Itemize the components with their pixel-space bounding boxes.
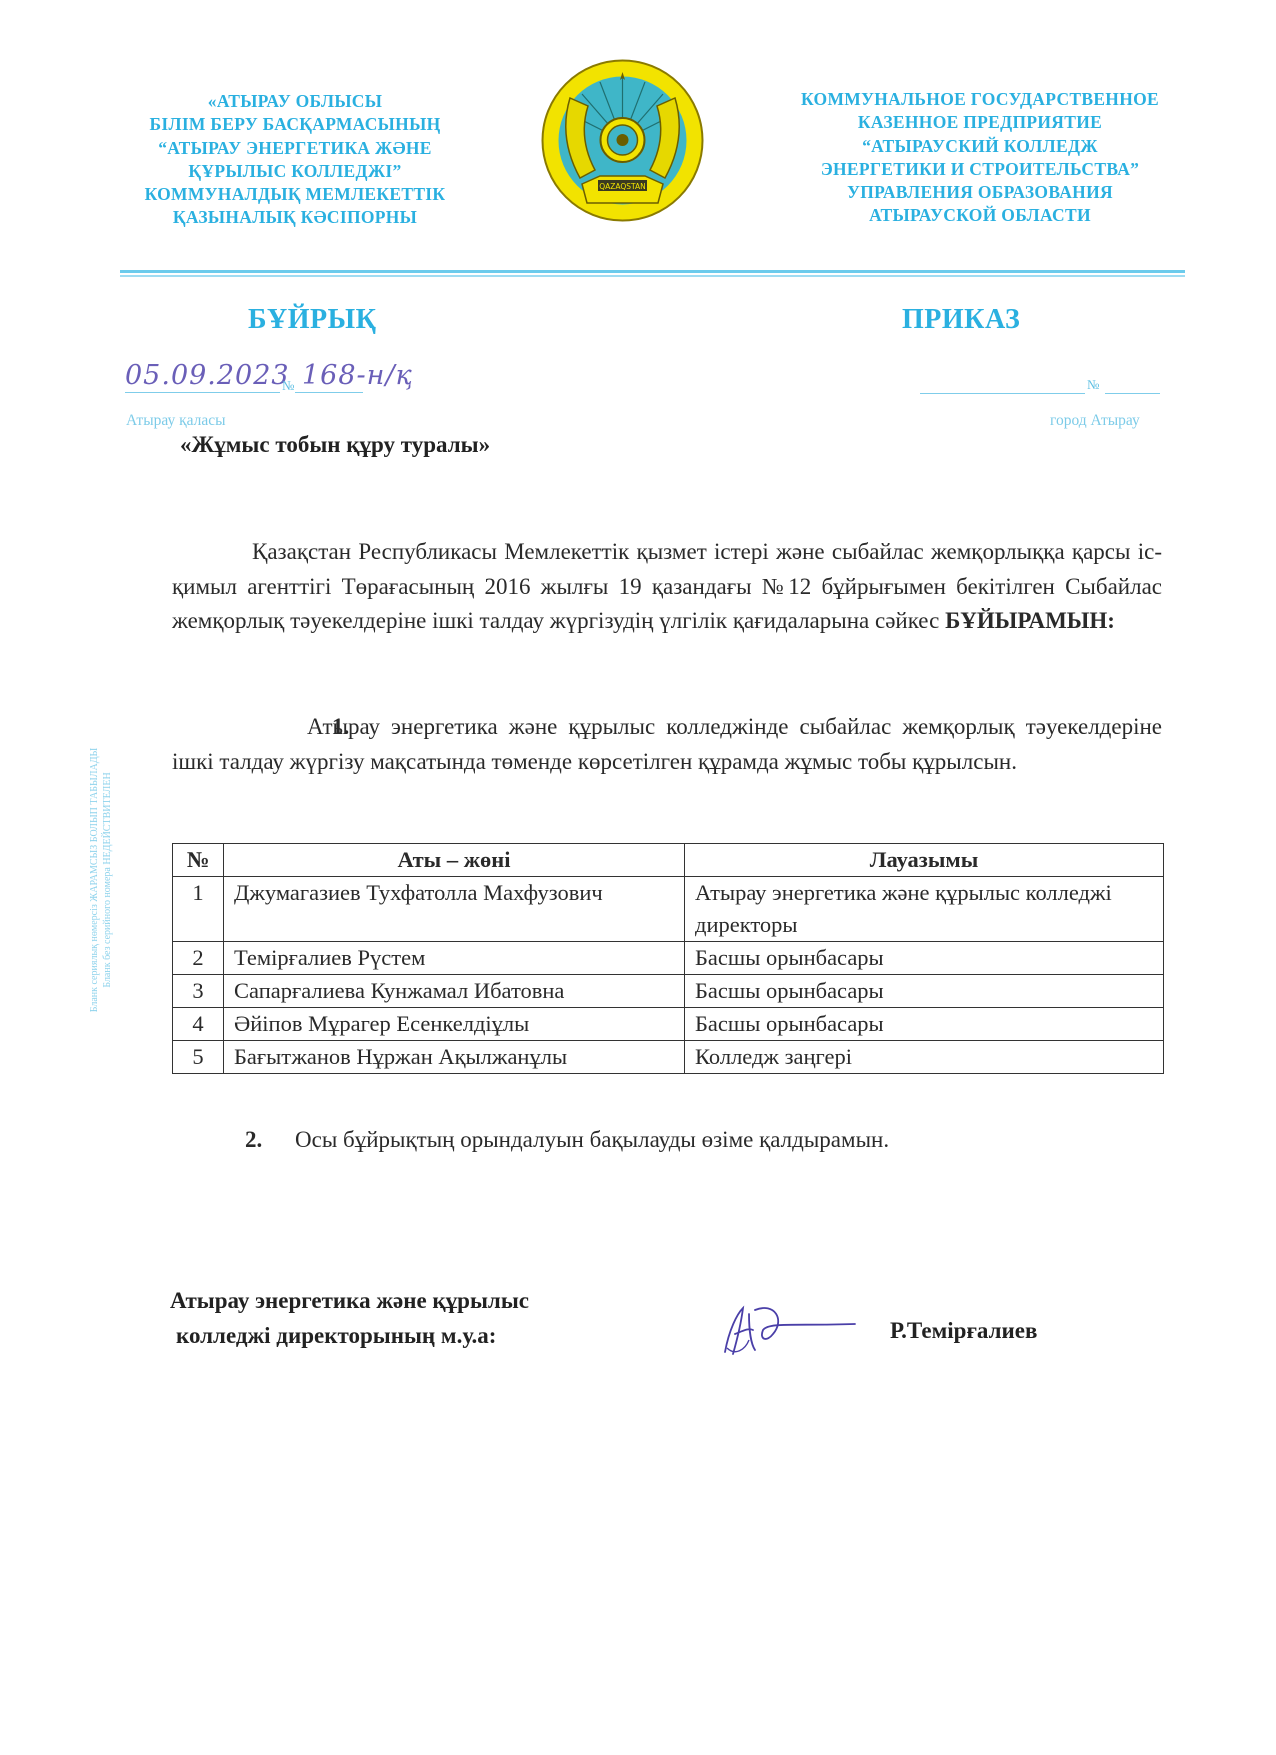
cell-name: Әйіпов Мұрагер Есенкелдіұлы (224, 1008, 685, 1041)
item-2-number: 2. (245, 1127, 295, 1153)
header-left-line: ҚАЗЫНАЛЫҚ КӘСІПОРНЫ (110, 206, 480, 229)
col-header-number: № (173, 844, 224, 877)
header-right-line: ЭНЕРГЕТИКИ И СТРОИТЕЛЬСТВА” (760, 158, 1200, 181)
signatory-position: Атырау энергетика және құрылыс колледжі … (170, 1283, 529, 1353)
order-date-number: 05.09.2023 № 168-н/қ (125, 358, 425, 398)
number-sign: № (282, 378, 294, 394)
handwritten-date: 05.09.2023 (125, 360, 290, 391)
header-left-line: КОММУНАЛДЫҚ МЕМЛЕКЕТТІК (110, 183, 480, 206)
header-right-line: КАЗЕННОЕ ПРЕДПРИЯТИЕ (760, 111, 1200, 134)
cell-number: 3 (173, 975, 224, 1008)
city-russian: город Атырау (1050, 412, 1140, 430)
header-left-line: БІЛІМ БЕРУ БАСҚАРМАСЫНЫҢ (110, 113, 480, 136)
table-row: 3 Сапарғалиева Кунжамал Ибатовна Басшы о… (173, 975, 1164, 1008)
cell-number: 2 (173, 942, 224, 975)
item-1-text: Атырау энергетика және құрылыс колледжін… (172, 714, 1162, 774)
document-kind-kazakh: БҰЙРЫҚ (248, 304, 376, 336)
cell-position: Колледж заңгері (685, 1041, 1164, 1074)
preamble-paragraph: Қазақстан Республикасы Мемлекеттік қызме… (172, 535, 1162, 639)
city-kazakh: Атырау қаласы (126, 412, 226, 430)
cell-position: Басшы орынбасары (685, 1008, 1164, 1041)
cell-name: Сапарғалиева Кунжамал Ибатовна (224, 975, 685, 1008)
col-header-position: Лауазымы (685, 844, 1164, 877)
order-item-1: 1.Атырау энергетика және құрылыс колледж… (172, 710, 1162, 779)
header-russian-organization: КОММУНАЛЬНОЕ ГОСУДАРСТВЕННОЕ КАЗЕННОЕ ПР… (760, 88, 1200, 228)
order-date-number-russian: № (920, 375, 1160, 399)
svg-text:QAZAQSTAN: QAZAQSTAN (599, 182, 646, 191)
cell-name: Темірғалиев Рүстем (224, 942, 685, 975)
table-header-row: № Аты – жөні Лауазымы (173, 844, 1164, 877)
cell-number: 5 (173, 1041, 224, 1074)
number-underline (295, 392, 363, 393)
number-sign-russian: № (1087, 377, 1099, 393)
item-2-text: Осы бұйрықтың орындалуын бақылауды өзіме… (295, 1127, 889, 1152)
cell-number: 1 (173, 877, 224, 942)
order-item-2: 2.Осы бұйрықтың орындалуын бақылауды өзі… (245, 1127, 889, 1153)
header-right-line: “АТЫРАУСКИЙ КОЛЛЕДЖ (760, 135, 1200, 158)
cell-number: 4 (173, 1008, 224, 1041)
cell-position: Атырау энергетика және құрылыс колледжі … (685, 877, 1164, 942)
col-header-name: Аты – жөні (224, 844, 685, 877)
cell-name: Бағытжанов Нұржан Ақылжанұлы (224, 1041, 685, 1074)
table-row: 1 Джумагазиев Тухфатолла Махфузович Атыр… (173, 877, 1164, 942)
order-directive: БҰЙЫРАМЫН: (945, 608, 1115, 633)
header-right-line: КОММУНАЛЬНОЕ ГОСУДАРСТВЕННОЕ (760, 88, 1200, 111)
order-title: «Жұмыс тобын құру туралы» (180, 432, 490, 458)
item-1-number: 1. (252, 710, 307, 745)
header-left-line: “АТЫРАУ ЭНЕРГЕТИКА ЖӘНЕ (110, 137, 480, 160)
working-group-table: № Аты – жөні Лауазымы 1 Джумагазиев Тухф… (172, 843, 1164, 1074)
signatory-position-line-1: Атырау энергетика және құрылыс (170, 1283, 529, 1318)
date-underline-blank (920, 393, 1085, 394)
table-row: 5 Бағытжанов Нұржан Ақылжанұлы Колледж з… (173, 1041, 1164, 1074)
handwritten-order-number: 168-н/қ (302, 360, 413, 391)
number-underline-blank (1105, 393, 1160, 394)
header-divider (120, 270, 1185, 273)
header-right-line: АТЫРАУСКОЙ ОБЛАСТИ (760, 204, 1200, 227)
signer-name: Р.Темірғалиев (890, 1318, 1037, 1344)
state-emblem-icon: QAZAQSTAN (540, 58, 705, 223)
serial-number-notice: Бланк сериялық нөмерсіз ЖАРАМСЫЗ БОЛЫП Т… (88, 710, 128, 1050)
serial-notice-ru: Бланк без серийного номера НЕДЕЙСТВИТЕЛЕ… (101, 710, 114, 1050)
date-underline (125, 392, 280, 393)
header-divider-secondary (120, 275, 1185, 277)
header-left-line: ҚҰРЫЛЫС КОЛЛЕДЖІ” (110, 160, 480, 183)
header-left-line: «АТЫРАУ ОБЛЫСЫ (110, 90, 480, 113)
document-kind-russian: ПРИКАЗ (902, 304, 1020, 336)
header-right-line: УПРАВЛЕНИЯ ОБРАЗОВАНИЯ (760, 181, 1200, 204)
cell-position: Басшы орынбасары (685, 942, 1164, 975)
serial-notice-kz: Бланк сериялық нөмерсіз ЖАРАМСЫЗ БОЛЫП Т… (88, 710, 101, 1050)
cell-name: Джумагазиев Тухфатолла Махфузович (224, 877, 685, 942)
table-row: 4 Әйіпов Мұрагер Есенкелдіұлы Басшы орын… (173, 1008, 1164, 1041)
table-row: 2 Темірғалиев Рүстем Басшы орынбасары (173, 942, 1164, 975)
handwritten-signature-icon (715, 1300, 865, 1360)
signatory-position-line-2: колледжі директорының м.у.а: (170, 1318, 529, 1353)
cell-position: Басшы орынбасары (685, 975, 1164, 1008)
header-kazakh-organization: «АТЫРАУ ОБЛЫСЫ БІЛІМ БЕРУ БАСҚАРМАСЫНЫҢ … (110, 90, 480, 230)
